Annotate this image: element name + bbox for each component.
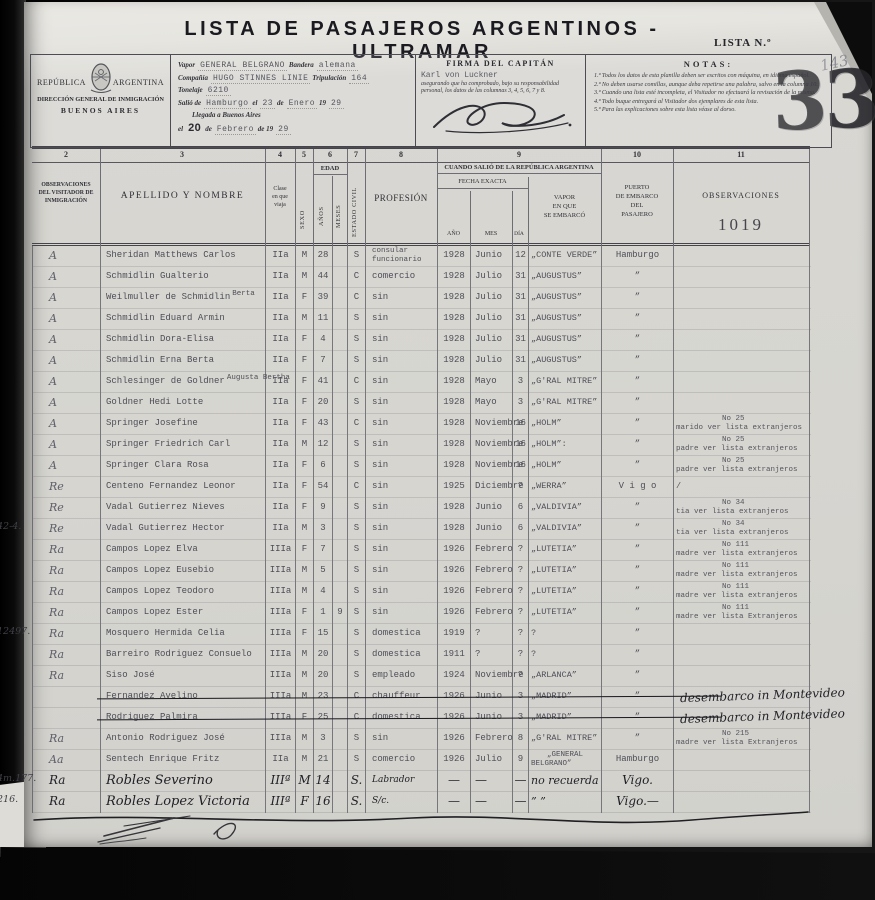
ship-info-block: VaporGENERAL BELGRANO Banderaalemana Com…: [171, 55, 416, 147]
name-superscript: Augusta Bertha: [227, 374, 290, 382]
cell-sexo: M: [296, 687, 314, 708]
table-row: ASheridan Matthews CarlosIIaM28Sconsular…: [33, 246, 811, 267]
passenger-name: Campos Lopez Eusebio: [106, 565, 214, 575]
passenger-name: Campos Lopez Ester: [106, 607, 203, 617]
table-row: ASchlesinger de GoldnerAugusta BerthaIIa…: [33, 372, 811, 393]
cell-anio: 1928: [438, 393, 471, 414]
cell-dia: 31: [513, 309, 529, 330]
table-row: RaSiso JoséIIIaM20Sempleado1924Noviembre…: [33, 666, 811, 687]
cell-name: Campos Lopez Eusebio: [101, 561, 266, 582]
table-row: RaAntonio Rodriguez JoséIIIaM3Ssin1926Fe…: [33, 729, 811, 750]
cell-dia: 31: [513, 330, 529, 351]
cell-clase: IIa: [266, 498, 296, 519]
cell-vis: A: [33, 393, 101, 414]
cell-prof: sin: [366, 330, 438, 351]
cell-obs: /: [674, 477, 810, 498]
tripulacion-label: Tripulación: [312, 74, 346, 82]
cell-vis: A: [33, 267, 101, 288]
passenger-name: Campos Lopez Elva: [106, 544, 198, 554]
cell-name: Mosquero Hermida Celia: [101, 624, 266, 645]
coat-of-arms-icon: [88, 61, 114, 95]
cell-obs: No 34tia ver lista extranjeros: [674, 498, 810, 519]
cell-anios: 15: [314, 624, 333, 645]
header-dia: DÍA: [510, 231, 528, 237]
salio-label: Salió de: [178, 99, 201, 107]
cell-anios: 4: [314, 330, 333, 351]
passenger-name: Goldner Hedi Lotte: [106, 397, 203, 407]
ship-line-tonelaje: Tonelaje6210: [178, 85, 408, 95]
cell-est: S: [348, 561, 366, 582]
cell-name: Vadal Gutierrez Hector: [101, 519, 266, 540]
org-name-left: REPÚBLICA: [37, 78, 86, 87]
table-row: RaBarreiro Rodriguez ConsueloIIIaM20Sdom…: [33, 645, 811, 666]
cell-sexo: M: [296, 645, 314, 666]
cell-mes: Febrero: [471, 603, 513, 624]
column-number-row: [32, 149, 810, 163]
ship-line-llegada-label: Llegada a Buenos Aires: [178, 110, 408, 119]
cell-clase: IIIa: [266, 687, 296, 708]
cell-clase: IIIa: [266, 624, 296, 645]
cell-est: S: [348, 393, 366, 414]
cell-puerto: ”: [602, 393, 674, 414]
cell-clase: IIa: [266, 435, 296, 456]
table-header: 2 3 4 5 6 7 8 9 10 11 OBSE: [32, 146, 810, 246]
cell-name: Campos Lopez Teodoro: [101, 582, 266, 603]
cell-puerto: ”: [602, 435, 674, 456]
cell-sexo: F: [296, 477, 314, 498]
cell-name: Schmidlin Erna Berta: [101, 351, 266, 372]
cell-meses: [333, 351, 348, 372]
llegada-de: de: [205, 125, 212, 133]
cell-meses: [333, 708, 348, 729]
header-fecha-exacta: FECHA EXACTA: [437, 178, 528, 189]
cell-vis: Ra: [33, 603, 101, 624]
passenger-name: Antonio Rodriguez José: [106, 733, 225, 743]
nota-item: 1.ª Todos los datos de esta planilla deb…: [594, 72, 823, 81]
cell-clase: IIa: [266, 288, 296, 309]
header-apellido-nombre: APELLIDO Y NOMBRE: [100, 191, 265, 201]
cell-obs: [674, 393, 810, 414]
cell-prof: sin: [366, 309, 438, 330]
cell-meses: [333, 561, 348, 582]
cell-anios: 7: [314, 351, 333, 372]
cell-dia: 3: [513, 687, 529, 708]
cell-est: S: [348, 456, 366, 477]
cell-prof: sin: [366, 414, 438, 435]
cell-mes: —: [471, 771, 513, 792]
col-num-10: 10: [625, 150, 649, 159]
cell-anios: 20: [314, 645, 333, 666]
passenger-name: Schmidlin Erna Berta: [106, 355, 214, 365]
cell-prof: domestica: [366, 624, 438, 645]
col-num-9: 9: [507, 150, 531, 159]
cell-vapor: „AUGUSTUS”: [529, 267, 602, 288]
table-row: Fernandez AvelinoIIIaM23Cchauffeur1926Ju…: [33, 687, 811, 708]
cell-vapor: „GENERALBELGRANO”: [529, 750, 602, 771]
cell-anio: 1928: [438, 372, 471, 393]
passenger-name: Schmidlin Dora-Elisa: [106, 334, 214, 344]
cell-prof: sin: [366, 540, 438, 561]
cell-dia: ?: [513, 540, 529, 561]
captain-name: Karl von Luckner: [421, 71, 580, 80]
cell-sexo: F: [296, 540, 314, 561]
cell-obs: [674, 624, 810, 645]
cell-meses: [333, 477, 348, 498]
cell-prof: sin: [366, 519, 438, 540]
table-row: ASpringer JosefineIIaF43Csin1928Noviembr…: [33, 414, 811, 435]
passenger-name: Schmidlin Gualterio: [106, 271, 209, 281]
cell-vapor: „ARLANCA”: [529, 666, 602, 687]
divider: [809, 149, 810, 249]
cell-vis: Ra: [33, 561, 101, 582]
cell-dia: ?: [513, 582, 529, 603]
cell-vapor: „AUGUSTUS”: [529, 288, 602, 309]
cell-clase: IIa: [266, 750, 296, 771]
cell-anios: 28: [314, 246, 333, 267]
cell-dia: 16: [513, 414, 529, 435]
cell-meses: [333, 309, 348, 330]
cell-vapor: „VALDIVIA”: [529, 519, 602, 540]
passenger-name: Weilmuller de Schmidlin: [106, 292, 230, 302]
cell-dia: 3: [513, 393, 529, 414]
cell-obs: [674, 771, 810, 792]
compania-value: HUGO STINNES LINIE: [211, 74, 310, 84]
table-row: RaCampos Lopez EsterIIIaF19Ssin1926Febre…: [33, 603, 811, 624]
cell-dia: 31: [513, 288, 529, 309]
cell-anios: 21: [314, 750, 333, 771]
cell-obs: [674, 288, 810, 309]
cell-dia: 6: [513, 498, 529, 519]
cell-prof: empleado: [366, 666, 438, 687]
cell-name: Campos Lopez Elva: [101, 540, 266, 561]
cell-est: S: [348, 540, 366, 561]
cell-name: Sentech Enrique Fritz: [101, 750, 266, 771]
cell-vis: Aa: [33, 750, 101, 771]
cell-vapor: „G'RAL MITRE”: [529, 393, 602, 414]
cell-dia: 16: [513, 435, 529, 456]
header-cuando-salio: CUANDO SALIÓ DE LA REPÚBLICA ARGENTINA: [437, 164, 601, 174]
handwritten-observation: desembarco in Montevideo: [676, 706, 808, 730]
cell-anios: 39: [314, 288, 333, 309]
cell-name: Campos Lopez Ester: [101, 603, 266, 624]
cell-est: S: [348, 330, 366, 351]
cell-meses: [333, 330, 348, 351]
cell-vapor: „AUGUSTUS”: [529, 351, 602, 372]
header-sexo: SEXO: [299, 195, 306, 245]
cell-dia: ?: [513, 561, 529, 582]
book-spine: [0, 0, 26, 900]
cell-clase: IIa: [266, 477, 296, 498]
cell-obs: No 25padre ver lista extranjeros: [674, 435, 810, 456]
cell-name: Rodriguez Palmira: [101, 708, 266, 729]
cell-obs: [674, 750, 810, 771]
cell-prof: sin: [366, 477, 438, 498]
table-body: ASheridan Matthews CarlosIIaM28Sconsular…: [32, 246, 811, 813]
cell-vis: Ra: [33, 540, 101, 561]
cell-mes: Julio: [471, 267, 513, 288]
cell-meses: [333, 771, 348, 792]
margin-annotation: 42-4.: [0, 521, 37, 532]
table-row: 4m.177.RaRobles SeverinoIIIªM14S.Labrado…: [33, 771, 811, 792]
header-mes: MES: [470, 231, 512, 237]
cell-sexo: M: [296, 246, 314, 267]
cell-clase: IIIa: [266, 645, 296, 666]
cell-anios: 3: [314, 519, 333, 540]
passenger-name: Centeno Fernandez Leonor: [106, 481, 236, 491]
cell-name: Barreiro Rodriguez Consuelo: [101, 645, 266, 666]
header-estado-civil: ESTADO CIVIL: [351, 179, 358, 245]
cell-vapor: ?: [529, 624, 602, 645]
bottom-dark-edge: [0, 847, 875, 900]
cell-dia: ?: [513, 477, 529, 498]
cell-vapor: „MADRID”: [529, 708, 602, 729]
cell-puerto: ”: [602, 309, 674, 330]
cell-obs: [674, 246, 810, 267]
table-row: RaCampos Lopez TeodoroIIIaM4Ssin1926Febr…: [33, 582, 811, 603]
table-row: ASchmidlin Dora-ElisaIIaF4Ssin1928Julio3…: [33, 330, 811, 351]
cell-sexo: M: [296, 729, 314, 750]
cell-est: C: [348, 687, 366, 708]
cell-vis: Ra: [33, 624, 101, 645]
header-puerto-embarco: PUERTO DE EMBARCO DEL PASAJERO: [601, 183, 673, 219]
table-row: ASchmidlin Erna BertaIIaF7Ssin1928Julio3…: [33, 351, 811, 372]
cell-est: S.: [348, 771, 366, 792]
passenger-name: Campos Lopez Teodoro: [106, 586, 214, 596]
cell-vis: Re: [33, 519, 101, 540]
cell-clase: IIa: [266, 246, 296, 267]
cell-obs: No 25padre ver lista extranjeros: [674, 456, 810, 477]
cell-mes: Febrero: [471, 561, 513, 582]
cell-clase: IIa: [266, 456, 296, 477]
cell-prof: sin: [366, 288, 438, 309]
cell-est: S: [348, 351, 366, 372]
col-num-2: 2: [54, 150, 78, 159]
cell-anio: 1919: [438, 624, 471, 645]
cell-sexo: F: [296, 708, 314, 729]
cell-vapor: „LUTETIA”: [529, 582, 602, 603]
cell-mes: Julio: [471, 288, 513, 309]
issuing-authority-block: REPÚBLICA ARGENTINA DIRECCIÓN GENERAL DE…: [31, 55, 171, 147]
cell-vapor: „VALDIVIA”: [529, 498, 602, 519]
cell-dia: 3: [513, 372, 529, 393]
cell-mes: Mayo: [471, 372, 513, 393]
cell-dia: ?: [513, 645, 529, 666]
header-edad: EDAD: [313, 165, 347, 175]
passenger-name: Barreiro Rodriguez Consuelo: [106, 649, 252, 659]
col-num-4: 4: [268, 150, 292, 159]
cell-anio: 1928: [438, 498, 471, 519]
cell-name: Sheridan Matthews Carlos: [101, 246, 266, 267]
cell-anio: 1928: [438, 309, 471, 330]
cell-clase: IIa: [266, 519, 296, 540]
cell-mes: Junio: [471, 519, 513, 540]
cell-vapor: no recuerda: [529, 771, 602, 792]
cell-prof: comercio: [366, 267, 438, 288]
el-label: el: [252, 99, 257, 107]
cell-meses: [333, 687, 348, 708]
cell-vis: Re: [33, 498, 101, 519]
nota-item: 3.ª Cuando una lista esté incompleta, el…: [594, 89, 823, 98]
cell-puerto: ”: [602, 582, 674, 603]
org-direccion: DIRECCIÓN GENERAL DE INMIGRACIÓN: [31, 96, 170, 103]
cell-puerto: ”: [602, 267, 674, 288]
cell-obs: No 111madre ver lista extranjeros: [674, 540, 810, 561]
cell-est: S: [348, 645, 366, 666]
table-row: AaSentech Enrique FritzIIaM21Scomercio19…: [33, 750, 811, 771]
cell-anios: 44: [314, 267, 333, 288]
passenger-name: Vadal Gutierrez Hector: [106, 523, 225, 533]
cell-vis: A: [33, 246, 101, 267]
cell-meses: [333, 393, 348, 414]
cell-dia: 6: [513, 519, 529, 540]
col-num-11: 11: [729, 150, 753, 159]
cell-clase: IIa: [266, 267, 296, 288]
cell-anio: 1926: [438, 708, 471, 729]
cell-vapor: „LUTETIA”: [529, 603, 602, 624]
passenger-name: Springer Clara Rosa: [106, 460, 209, 470]
header-anios: AÑOS: [318, 187, 325, 245]
captain-title: FIRMA DEL CAPITÁN: [421, 59, 580, 68]
cell-anios: 4: [314, 582, 333, 603]
cell-anio: 1926: [438, 582, 471, 603]
cell-obs: No 215madre ver lista Extranjeros: [674, 729, 810, 750]
cell-prof: sin: [366, 372, 438, 393]
cell-puerto: ”: [602, 519, 674, 540]
captain-signature: [426, 95, 576, 135]
org-buenos-aires: BUENOS AIRES: [31, 106, 170, 115]
cell-sexo: M: [296, 435, 314, 456]
cell-vis: A: [33, 288, 101, 309]
col-num-3: 3: [170, 150, 194, 159]
cell-clase: IIIa: [266, 561, 296, 582]
margin-annotation: 216.: [0, 794, 37, 805]
cell-name: Goldner Hedi Lotte: [101, 393, 266, 414]
cell-vis: A: [33, 414, 101, 435]
cell-meses: [333, 414, 348, 435]
llegada-el: el: [178, 125, 183, 133]
cell-sexo: M: [296, 666, 314, 687]
divider: [347, 149, 348, 249]
cell-obs: [674, 645, 810, 666]
table-row: ASpringer Clara RosaIIaF6Ssin1928Noviemb…: [33, 456, 811, 477]
salio-anio: 29: [329, 99, 344, 109]
cell-obs: [674, 351, 810, 372]
cell-est: S: [348, 729, 366, 750]
captain-fineprint: asegurando que ha comprobado, bajo su re…: [421, 81, 580, 95]
cell-dia: 3: [513, 708, 529, 729]
cell-anio: 1926: [438, 603, 471, 624]
cell-vapor: „MADRID”: [529, 687, 602, 708]
table-row: ASchmidlin GualterioIIaM44Ccomercio1928J…: [33, 267, 811, 288]
cell-anio: 1928: [438, 288, 471, 309]
cell-est: S: [348, 750, 366, 771]
cell-mes: Junio: [471, 246, 513, 267]
cell-anios: 14: [314, 771, 333, 792]
cell-anios: 20: [314, 393, 333, 414]
llegada-mes: Febrero: [215, 125, 256, 135]
nota-item: 4.ª Todo buque entregará al Visitador do…: [594, 98, 823, 107]
cell-puerto: ”: [602, 561, 674, 582]
captain-signature-block: FIRMA DEL CAPITÁN Karl von Luckner asegu…: [416, 55, 586, 147]
cell-anio: 1925: [438, 477, 471, 498]
cell-anio: 1926: [438, 540, 471, 561]
cell-name: Springer Friedrich Carl: [101, 435, 266, 456]
name-superscript: Berta: [232, 290, 255, 298]
cell-anio: —: [438, 771, 471, 792]
divider: [332, 176, 333, 249]
cell-anios: 41: [314, 372, 333, 393]
cell-puerto: Hamburgo: [602, 750, 674, 771]
cell-puerto: ”: [602, 330, 674, 351]
cell-obs: desembarco in Montevideo: [674, 687, 810, 708]
cell-anio: 1926: [438, 729, 471, 750]
salio-dia: 23: [260, 99, 275, 109]
cell-anio: 1928: [438, 351, 471, 372]
passenger-name: Schlesinger de Goldner: [106, 376, 225, 386]
cell-sexo: M: [296, 582, 314, 603]
cell-dia: ?: [513, 603, 529, 624]
cell-prof: domestica: [366, 708, 438, 729]
table-row: ReCenteno Fernandez LeonorIIaF54Csin1925…: [33, 477, 811, 498]
cell-meses: [333, 456, 348, 477]
cell-obs: No 111madre ver lista extranjeros: [674, 561, 810, 582]
table-row: ReVadal Gutierrez NievesIIaF9Ssin1928Jun…: [33, 498, 811, 519]
cell-anios: 54: [314, 477, 333, 498]
cell-anio: 1926: [438, 687, 471, 708]
cell-mes: Julio: [471, 750, 513, 771]
cell-meses: [333, 498, 348, 519]
cell-vapor: „AUGUSTUS”: [529, 330, 602, 351]
margin-annotation: 4m.177.: [0, 773, 37, 784]
cell-vapor: „LUTETIA”: [529, 561, 602, 582]
cell-mes: Julio: [471, 309, 513, 330]
cell-clase: IIIa: [266, 729, 296, 750]
cell-est: S: [348, 246, 366, 267]
cell-mes: Febrero: [471, 540, 513, 561]
cell-est: C: [348, 288, 366, 309]
cell-vis: A: [33, 330, 101, 351]
cell-sexo: F: [296, 603, 314, 624]
cell-meses: [333, 435, 348, 456]
ship-line-salida: Salió deHamburgo el23 deEnero 1929: [178, 98, 408, 108]
header-clase: Clase en que viaja: [265, 185, 295, 209]
lista-number-label: LISTA N.º: [714, 37, 772, 49]
passenger-name: Fernandez Avelino: [106, 691, 198, 701]
cell-vapor: „LUTETIA”: [529, 540, 602, 561]
cell-anio: 1928: [438, 414, 471, 435]
cell-anios: 12: [314, 435, 333, 456]
de-label: de: [277, 99, 284, 107]
cell-est: C: [348, 372, 366, 393]
cell-vapor: „G'RAL MITRE”: [529, 372, 602, 393]
cell-anio: 1924: [438, 666, 471, 687]
cell-anios: 23: [314, 687, 333, 708]
cell-vapor: „G'RAL MITRE”: [529, 729, 602, 750]
cell-est: S: [348, 519, 366, 540]
cell-meses: [333, 582, 348, 603]
cell-mes: ?: [471, 624, 513, 645]
vapor-label: Vapor: [178, 61, 195, 69]
table-row: AGoldner Hedi LotteIIaF20Ssin1928Mayo3„G…: [33, 393, 811, 414]
handwritten-observation: desembarco in Montevideo: [676, 685, 808, 709]
bandera-label: Bandera: [289, 61, 314, 69]
cell-meses: [333, 624, 348, 645]
cell-mes: Julio: [471, 330, 513, 351]
passenger-name: Schmidlin Eduard Armin: [106, 313, 225, 323]
cell-mes: ?: [471, 645, 513, 666]
col-num-8: 8: [389, 150, 413, 159]
cell-meses: [333, 372, 348, 393]
